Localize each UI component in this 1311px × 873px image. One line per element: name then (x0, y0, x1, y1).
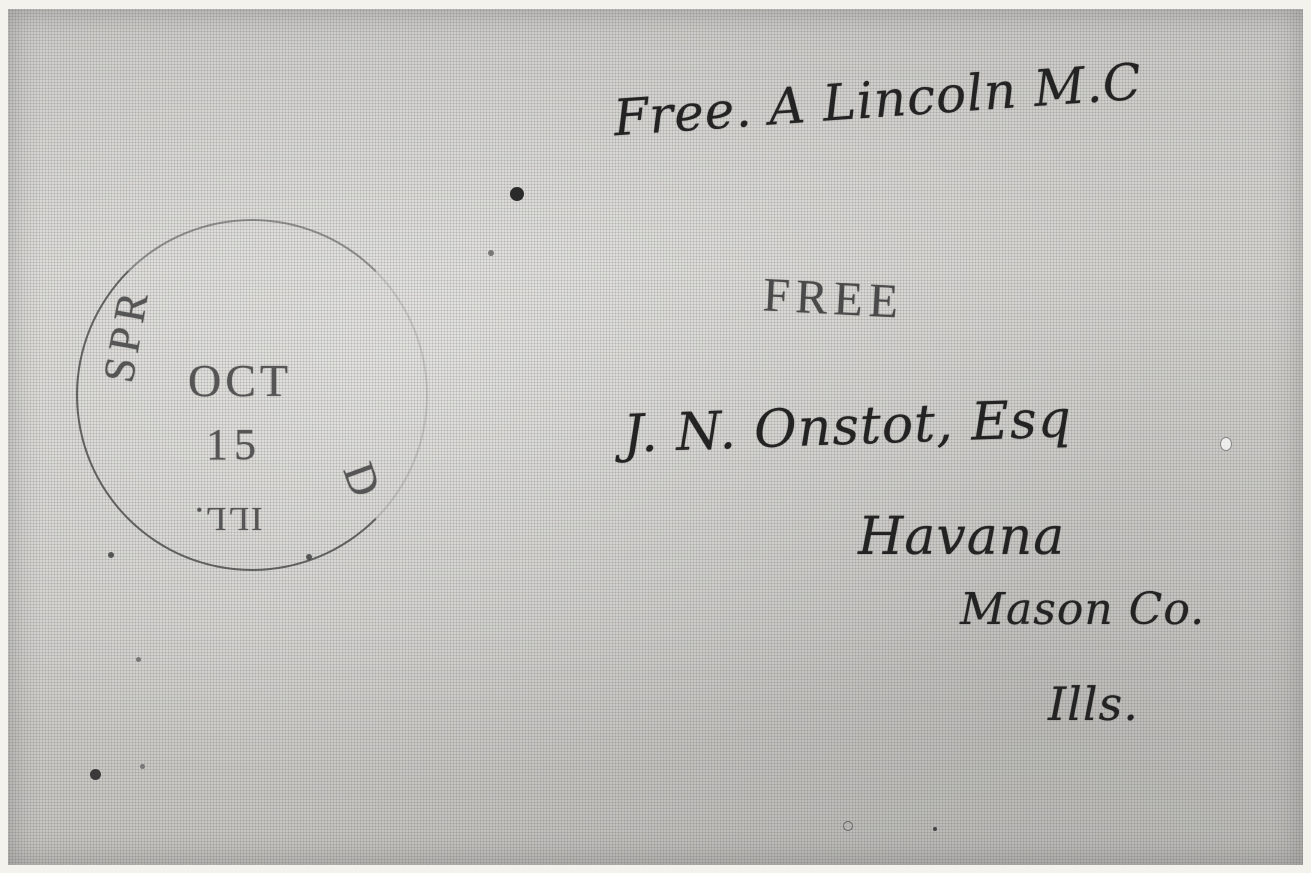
ink-spot (140, 764, 145, 769)
ink-spot (1220, 437, 1232, 451)
envelope-photo: Free. A Lincoln M.C FREE SPR OCT 15 ILL.… (8, 9, 1303, 865)
frank-signature: Free. A Lincoln M.C (612, 53, 1144, 148)
ink-spot (933, 827, 937, 831)
postmark-month: OCT (188, 354, 292, 407)
free-handstamp: FREE (762, 267, 906, 329)
postmark-day: 15 (206, 419, 262, 470)
ink-spot (510, 187, 524, 201)
page: Free. A Lincoln M.C FREE SPR OCT 15 ILL.… (0, 0, 1311, 873)
address-line-town: Havana (858, 507, 1065, 567)
address-line-state: Ills. (1048, 677, 1139, 731)
address-line-name: J. N. Onstot, Esq (622, 389, 1073, 465)
ink-spot (843, 821, 853, 831)
ink-spot (136, 657, 141, 662)
ink-spot (90, 769, 101, 780)
ink-spot (108, 552, 114, 558)
address-line-county: Mason Co. (960, 584, 1205, 635)
ink-spot (488, 250, 494, 256)
postmark-state: ILL. (193, 499, 262, 537)
